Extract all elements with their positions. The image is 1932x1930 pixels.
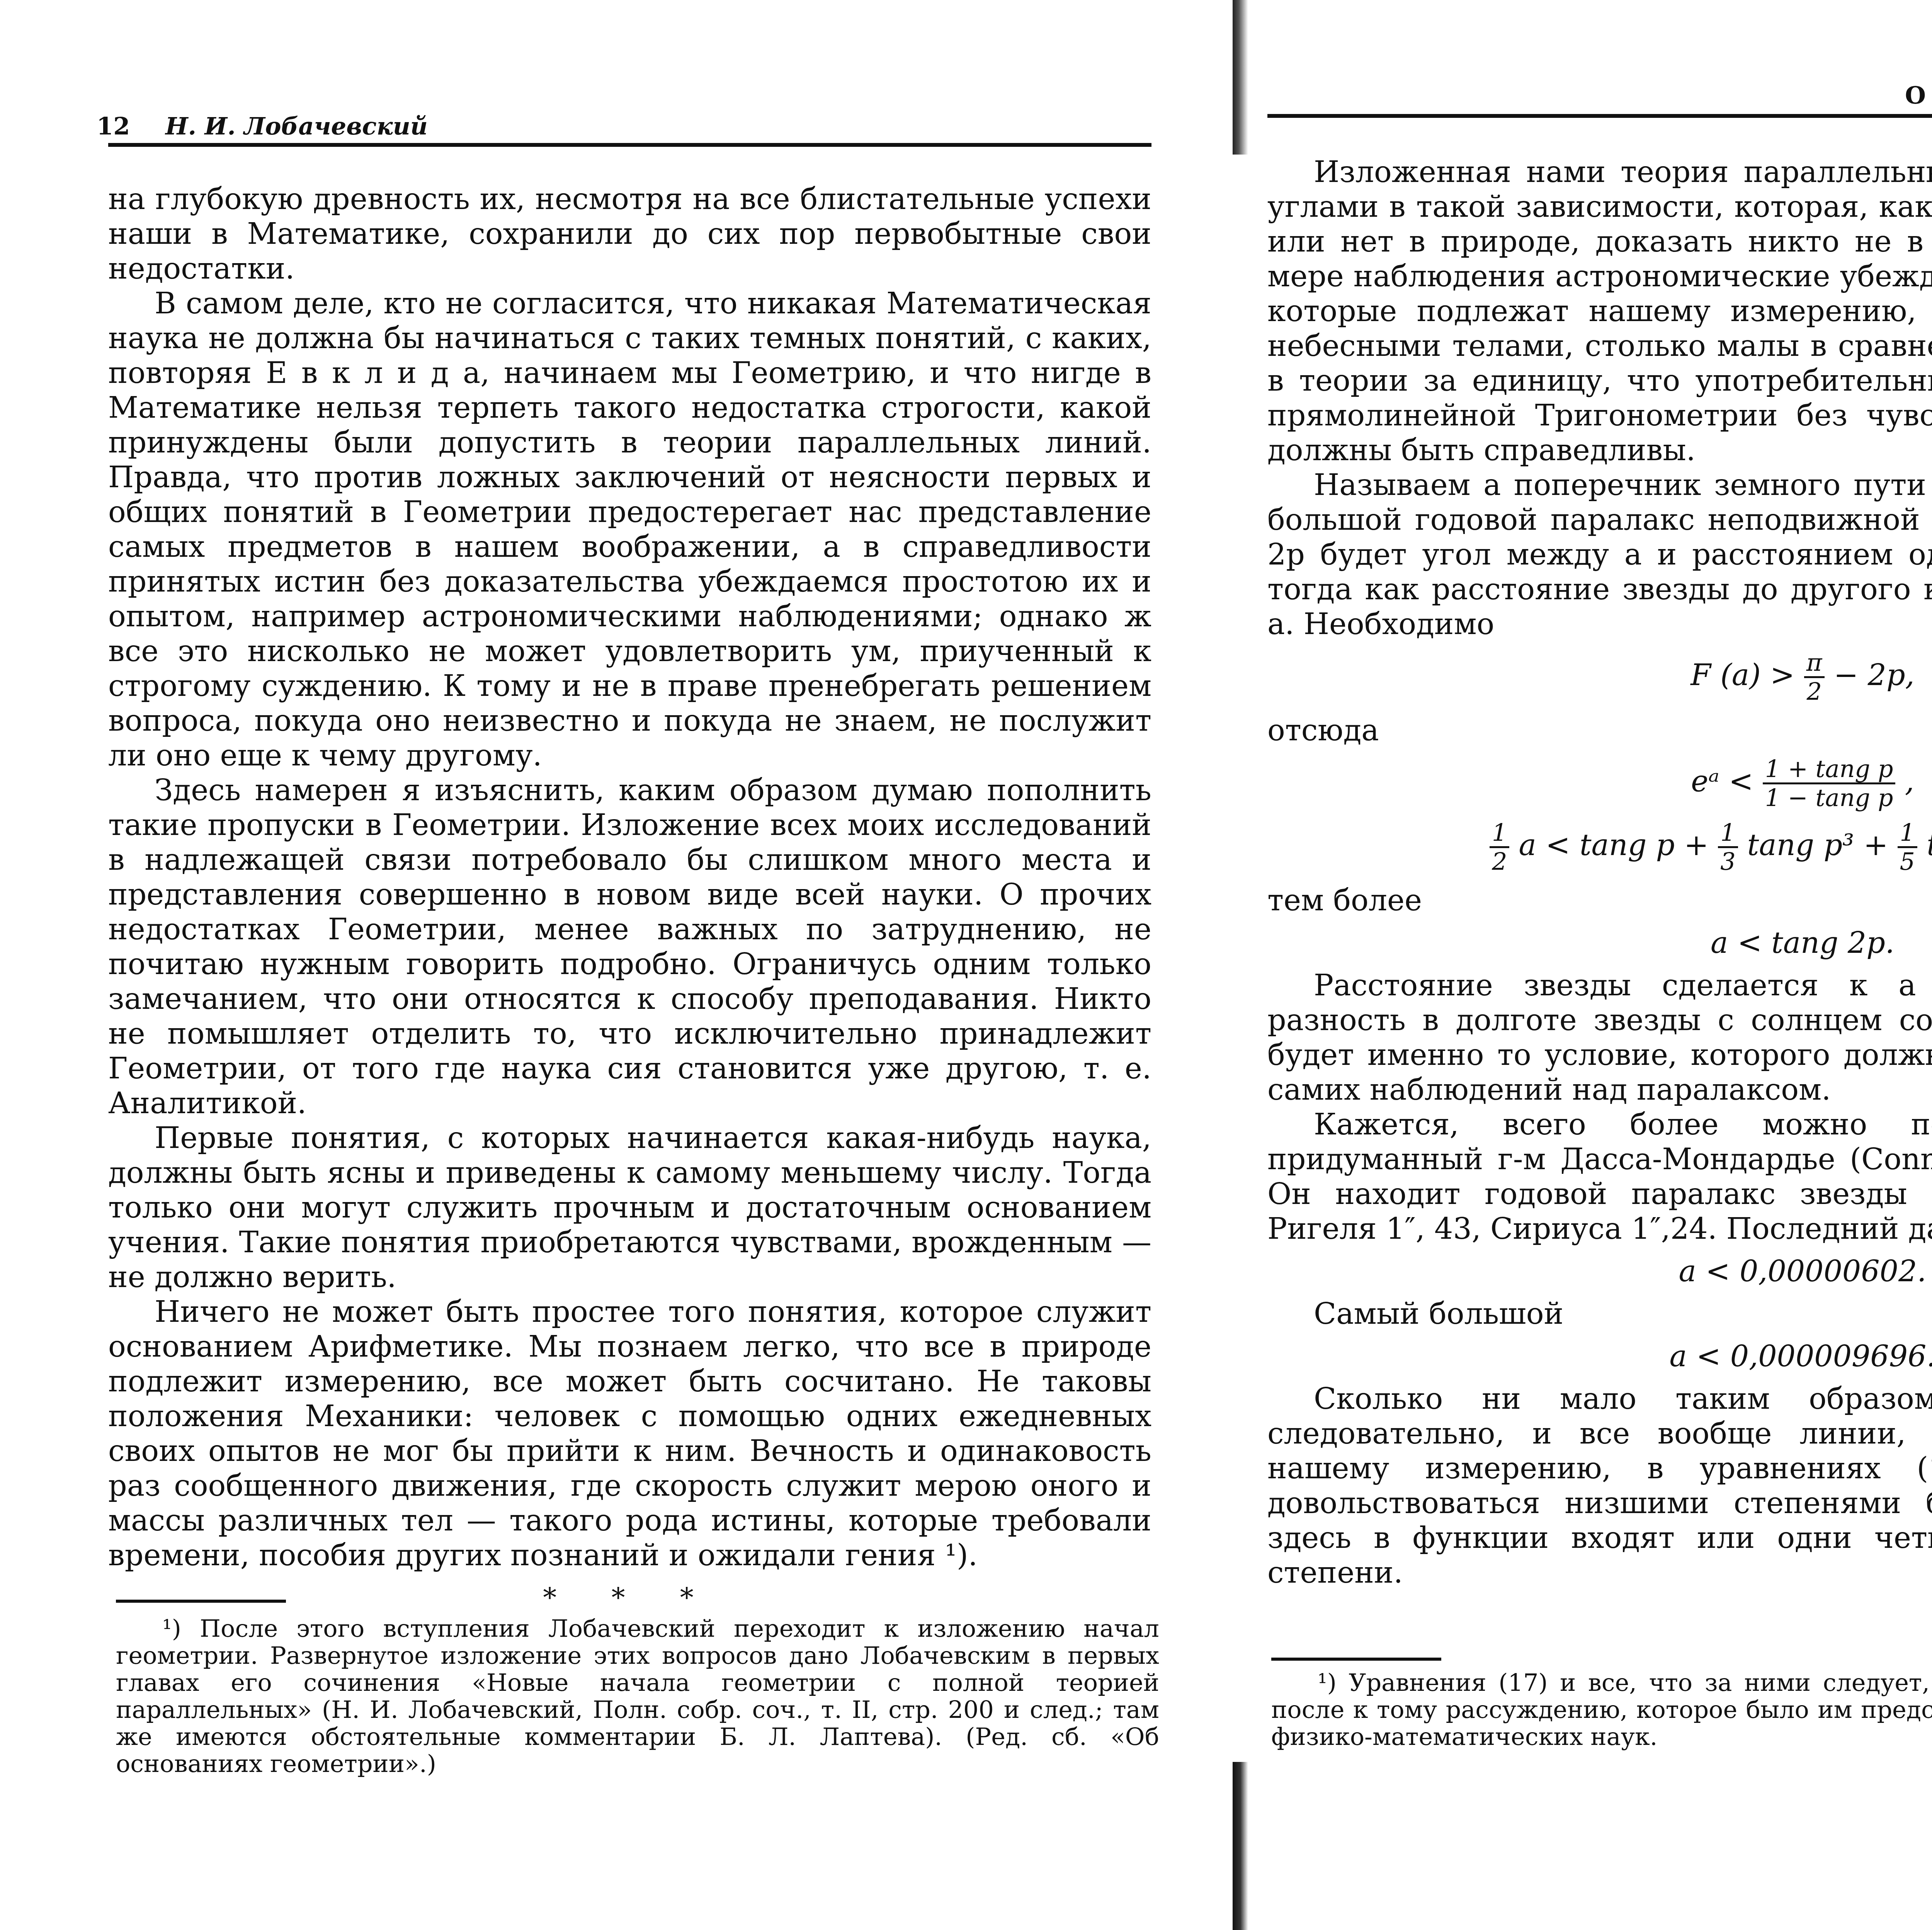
footnote-text: После этого вступления Лобачевский перех… — [116, 1614, 1159, 1778]
connector-word: отсюда — [1267, 713, 1932, 748]
connector-word: Самый большой — [1267, 1296, 1932, 1331]
fraction: 15 — [1898, 819, 1917, 875]
left-page: 12 Н. И. Лобачевский на глубокую древнос… — [0, 0, 1198, 1930]
equation-1: F (a) > π2 − 2p, — [1267, 649, 1932, 705]
fraction: π2 — [1804, 649, 1825, 705]
right-body: Изложенная нами теория параллельных пред… — [1267, 155, 1932, 1590]
footnote-marker: ¹) — [1318, 1668, 1337, 1697]
section-separator: * * * — [108, 1580, 1151, 1615]
equation-6: a < 0,000009696. — [1267, 1339, 1932, 1374]
equation-2: eᵃ < 1 + tang p1 − tang p , — [1267, 755, 1932, 811]
paragraph: В самом деле, кто не согласится, что ник… — [108, 286, 1151, 773]
chapter-title: О НАЧАЛАХ ГЕОМЕТРИИ — [1905, 81, 1932, 109]
page-number: 12 — [97, 112, 130, 140]
footnote-rule — [116, 1600, 286, 1603]
left-body: на глубокую древность их, несмотря на вс… — [108, 182, 1151, 1623]
right-page: О НАЧАЛАХ ГЕОМЕТРИИ 13 Изложенная нами т… — [1217, 0, 1932, 1930]
paragraph: Расстояние звезды сделается к a перпенди… — [1267, 968, 1932, 1107]
paragraph: Ничего не может быть простее того поняти… — [108, 1294, 1151, 1573]
paragraph: Изложенная нами теория параллельных пред… — [1267, 155, 1932, 468]
equation-5: a < 0,00000602. — [1267, 1254, 1932, 1289]
fraction: 1 + tang p1 − tang p — [1763, 755, 1896, 811]
paragraph: Здесь намерен я изъяснить, каким образом… — [108, 773, 1151, 1121]
equation-4: a < tang 2p. — [1267, 925, 1932, 960]
paragraph: Кажется, всего более можно положиться на… — [1267, 1107, 1932, 1246]
fraction: 13 — [1718, 819, 1738, 875]
paragraph: Сколько ни мало таким образом должно пол… — [1267, 1381, 1932, 1590]
header-rule — [1267, 114, 1932, 118]
paragraph: на глубокую древность их, несмотря на вс… — [108, 182, 1151, 286]
fraction: 12 — [1490, 819, 1509, 875]
author-name: Н. И. Лобачевский — [165, 112, 428, 140]
connector-word: тем более — [1267, 883, 1932, 918]
footnote-marker: ¹) — [162, 1614, 181, 1643]
right-footnote: ¹) Уравнения (17) и все, что за ними сле… — [1271, 1669, 1932, 1750]
paragraph: Первые понятия, с которых начинается как… — [108, 1121, 1151, 1294]
header-rule — [108, 143, 1151, 147]
right-running-head: О НАЧАЛАХ ГЕОМЕТРИИ 13 — [1905, 81, 1932, 109]
left-footnote: ¹) После этого вступления Лобачевский пе… — [116, 1615, 1159, 1777]
equation-3: 12 a < tang p + 13 tang p³ + 15 tang p⁵ … — [1267, 819, 1932, 875]
footnote-text: Уравнения (17) и все, что за ними следуе… — [1271, 1668, 1932, 1751]
paragraph: Называем a поперечник земного пути вокру… — [1267, 468, 1932, 641]
footnote-rule — [1271, 1658, 1441, 1661]
left-running-head: 12 Н. И. Лобачевский — [97, 112, 428, 140]
